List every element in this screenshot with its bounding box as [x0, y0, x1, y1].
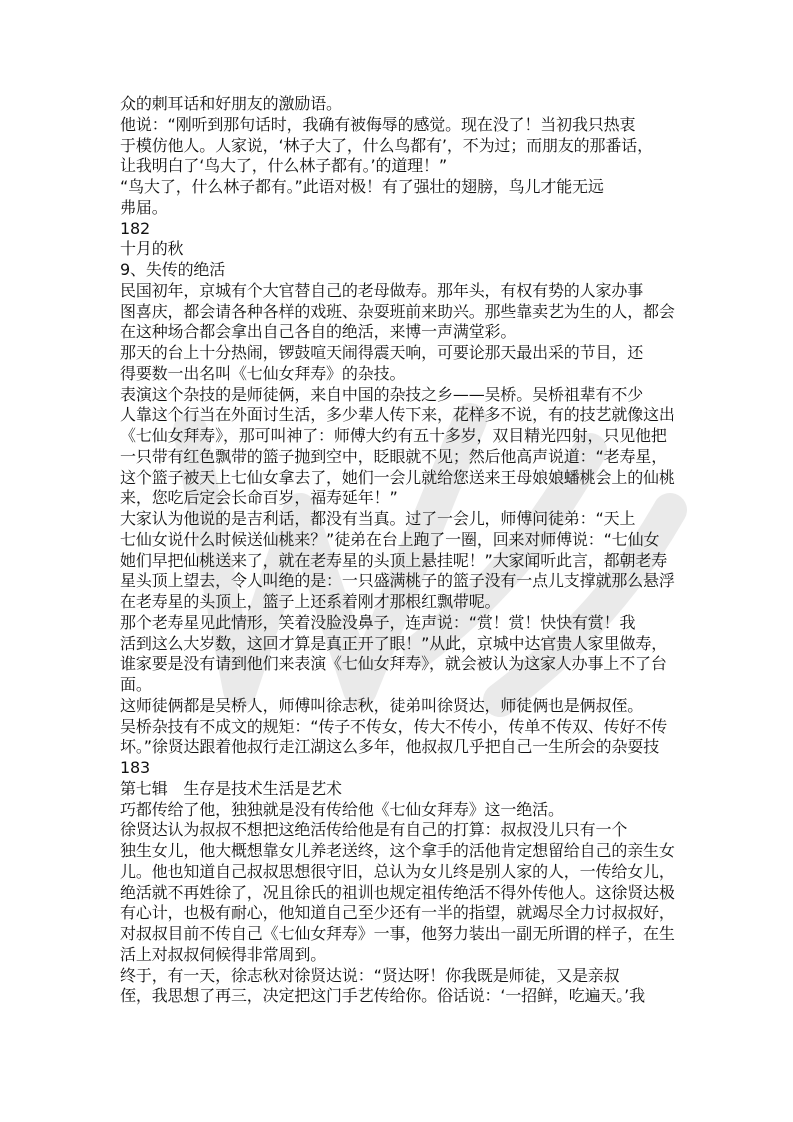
text-line: 坏。”徐贤达跟着他叔行走江湖这么多年，他叔叔几乎把自己一生所会的杂耍技	[120, 737, 680, 758]
text-line: 众的刺耳话和好朋友的激励语。	[120, 94, 680, 115]
text-line: 表演这个杂技的是师徒俩，来自中国的杂技之乡——吴桥。吴桥祖辈有不少	[120, 385, 680, 406]
text-line: 在老寿星的头顶上，篮子上还系着刚才那根红飘带呢。	[120, 592, 680, 613]
page-number: 182	[120, 219, 680, 240]
text-line: 活到这么大岁数，这回才算是真正开了眼！”从此，京城中达官贵人家里做寿，	[120, 634, 680, 655]
text-line: 巧都传给了他，独独就是没有传给他《七仙女拜寿》这一绝活。	[120, 800, 680, 821]
running-header: 十月的秋	[120, 239, 680, 260]
text-line: 得要数一出名叫《七仙女拜寿》的杂技。	[120, 364, 680, 385]
running-header: 第七辑 生存是技术生活是艺术	[120, 779, 680, 800]
document-body: 众的刺耳话和好朋友的激励语。 他说：“刚听到那句话时，我确有被侮辱的感觉。现在没…	[120, 94, 680, 1007]
text-line: 星头顶上望去，令人叫绝的是：一只盛满桃子的篮子没有一点儿支撑就那么悬浮	[120, 571, 680, 592]
document-page: 众的刺耳话和好朋友的激励语。 他说：“刚听到那句话时，我确有被侮辱的感觉。现在没…	[0, 0, 793, 1122]
text-line: 吴桥杂技有不成文的规矩：“传子不传女，传大不传小，传单不传双、传好不传	[120, 717, 680, 738]
text-line: 终于，有一天，徐志秋对徐贤达说：“贤达呀！你我既是师徒，又是亲叔	[120, 966, 680, 987]
text-line: 弗届。	[120, 198, 680, 219]
text-line: 于模仿他人。人家说，‘林子大了，什么鸟都有’，不为过；而朋友的那番话，	[120, 136, 680, 157]
text-line: 活上对叔叔伺候得非常周到。	[120, 945, 680, 966]
text-line: 民国初年，京城有个大官替自己的老母做寿。那年头，有权有势的人家办事	[120, 281, 680, 302]
text-line: 七仙女说什么时候送仙桃来？”徒弟在台上跑了一圈，回来对师傅说：“七仙女	[120, 530, 680, 551]
text-line: 人靠这个行当在外面讨生活，多少辈人传下来，花样多不说，有的技艺就像这出	[120, 405, 680, 426]
text-line: 这师徒俩都是吴桥人，师傅叫徐志秋，徒弟叫徐贤达，师徒俩也是俩叔侄。	[120, 696, 680, 717]
text-line: 绝活就不再姓徐了，况且徐氏的祖训也规定祖传绝活不得外传他人。这徐贤达极	[120, 883, 680, 904]
text-line: 这个篮子被天上七仙女拿去了，她们一会儿就给您送来王母娘娘蟠桃会上的仙桃	[120, 468, 680, 489]
page-number: 183	[120, 758, 680, 779]
text-line: 徐贤达认为叔叔不想把这绝活传给他是有自己的打算：叔叔没儿只有一个	[120, 820, 680, 841]
text-line: “鸟大了，什么林子都有。”此语对极！有了强壮的翅膀，鸟儿才能无远	[120, 177, 680, 198]
text-line: 图喜庆，都会请各种各样的戏班、杂耍班前来助兴。那些靠卖艺为生的人，都会	[120, 302, 680, 323]
text-line: 对叔叔目前不传自己《七仙女拜寿》一事，他努力装出一副无所谓的样子，在生	[120, 924, 680, 945]
text-line: 那个老寿星见此情形，笑着没脸没鼻子，连声说：“赏！赏！快快有赏！我	[120, 613, 680, 634]
text-line: 一只带有红色飘带的篮子抛到空中，眨眼就不见；然后他高声说道：“老寿星，	[120, 447, 680, 468]
text-line: 独生女儿，他大概想靠女儿养老送终，这个拿手的活他肯定想留给自己的亲生女	[120, 841, 680, 862]
text-line: 《七仙女拜寿》，那可叫神了：师傅大约有五十多岁，双目精光四射，只见他把	[120, 426, 680, 447]
text-line: 大家认为他说的是吉利话，都没有当真。过了一会儿，师傅问徒弟：“天上	[120, 509, 680, 530]
text-line: 面。	[120, 675, 680, 696]
section-title: 9、失传的绝活	[120, 260, 680, 281]
text-line: 她们早把仙桃送来了，就在老寿星的头顶上悬挂呢！”大家闻听此言，都朝老寿	[120, 551, 680, 572]
text-line: 侄，我思想了再三，决定把这门手艺传给你。俗话说：‘一招鲜，吃遍天。’我	[120, 986, 680, 1007]
text-line: 在这种场合都会拿出自己各自的绝活，来博一声满堂彩。	[120, 322, 680, 343]
text-line: 儿。他也知道自己叔叔思想很守旧，总认为女儿终是别人家的人，一传给女儿，	[120, 862, 680, 883]
text-line: 来，您吃后定会长命百岁，福寿延年！”	[120, 488, 680, 509]
text-line: 有心计，也极有耐心，他知道自己至少还有一半的指望，就竭尽全力讨叔叔好，	[120, 903, 680, 924]
text-line: 让我明白了‘鸟大了，什么林子都有。’的道理！”	[120, 156, 680, 177]
text-line: 谁家要是没有请到他们来表演《七仙女拜寿》，就会被认为这家人办事上不了台	[120, 654, 680, 675]
text-line: 那天的台上十分热闹，锣鼓喧天闹得震天响，可要论那天最出采的节目，还	[120, 343, 680, 364]
text-line: 他说：“刚听到那句话时，我确有被侮辱的感觉。现在没了！当初我只热衷	[120, 115, 680, 136]
